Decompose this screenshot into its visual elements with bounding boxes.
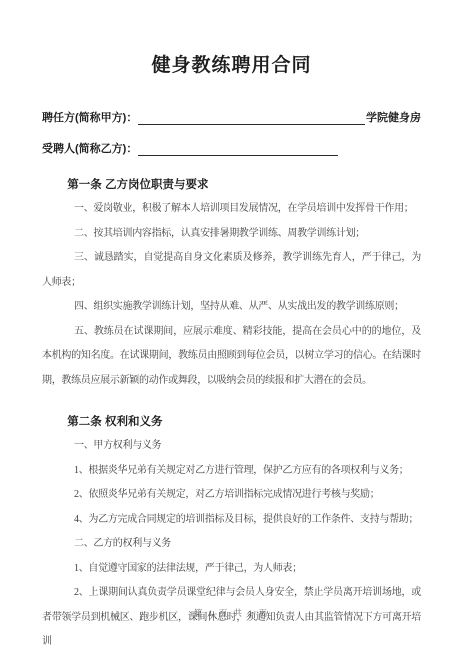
party-a-blank-underline: [138, 112, 365, 125]
contract-paragraph: 1、自觉遵守国家的法律法规，严于律己，为人师表；: [42, 557, 421, 582]
contract-paragraph: 一、爱岗敬业，积极了解本人培训项目发展情况，在学员培训中发挥骨干作用；: [42, 197, 421, 222]
contract-paragraph: 2、依照炎华兄弟有关规定，对乙方培训指标完成情况进行考核与奖励；: [42, 483, 421, 508]
document-title: 健身教练聘用合同: [42, 0, 421, 77]
party-a-label: 聘任方(简称甲方)：: [42, 109, 137, 125]
page-number-footer: 第 1 页 共 1 页: [0, 607, 463, 619]
section-1-heading: 第一条 乙方岗位职责与要求: [42, 173, 421, 197]
party-b-label: 受聘人(简称乙方)：: [42, 140, 137, 156]
contract-paragraph: 四、组织实施教学训练计划，坚持从难、从严、从实战出发的教学训练原则；: [42, 295, 421, 320]
contract-paragraph: 二、按其培训内容指标，认真安排暑期教学训练、周教学训练计划；: [42, 222, 421, 247]
contract-document-page: 健身教练聘用合同 聘任方(简称甲方)： 学院健身房 受聘人(简称乙方)： 第一条…: [0, 0, 463, 655]
contract-paragraph: 1、根据炎华兄弟有关规定对乙方进行管理，保护乙方应有的各项权利与义务；: [42, 459, 421, 484]
party-a-line: 聘任方(简称甲方)： 学院健身房: [42, 109, 421, 125]
party-a-suffix: 学院健身房: [366, 109, 421, 125]
contract-paragraph: 五、教练员在试课期间，应展示难度、精彩技能，提高在会员心中的的地位，及本机构的知…: [42, 320, 421, 394]
contract-paragraph: 一、甲方权利与义务: [42, 434, 421, 459]
party-b-line: 受聘人(简称乙方)：: [42, 140, 421, 156]
contract-paragraph: 三、诚恳踏实，自觉提高自身文化素质及修养，教学训练先育人，严于律己，为人师表；: [42, 246, 421, 295]
contract-paragraph: 二、乙方的权利与义务: [42, 532, 421, 557]
contract-paragraph: 4、为乙方完成合同规定的培训指标及目标，提供良好的工作条件、支持与帮助；: [42, 508, 421, 533]
section-2-heading: 第二条 权利和义务: [42, 410, 421, 434]
party-b-blank-underline: [138, 143, 338, 156]
